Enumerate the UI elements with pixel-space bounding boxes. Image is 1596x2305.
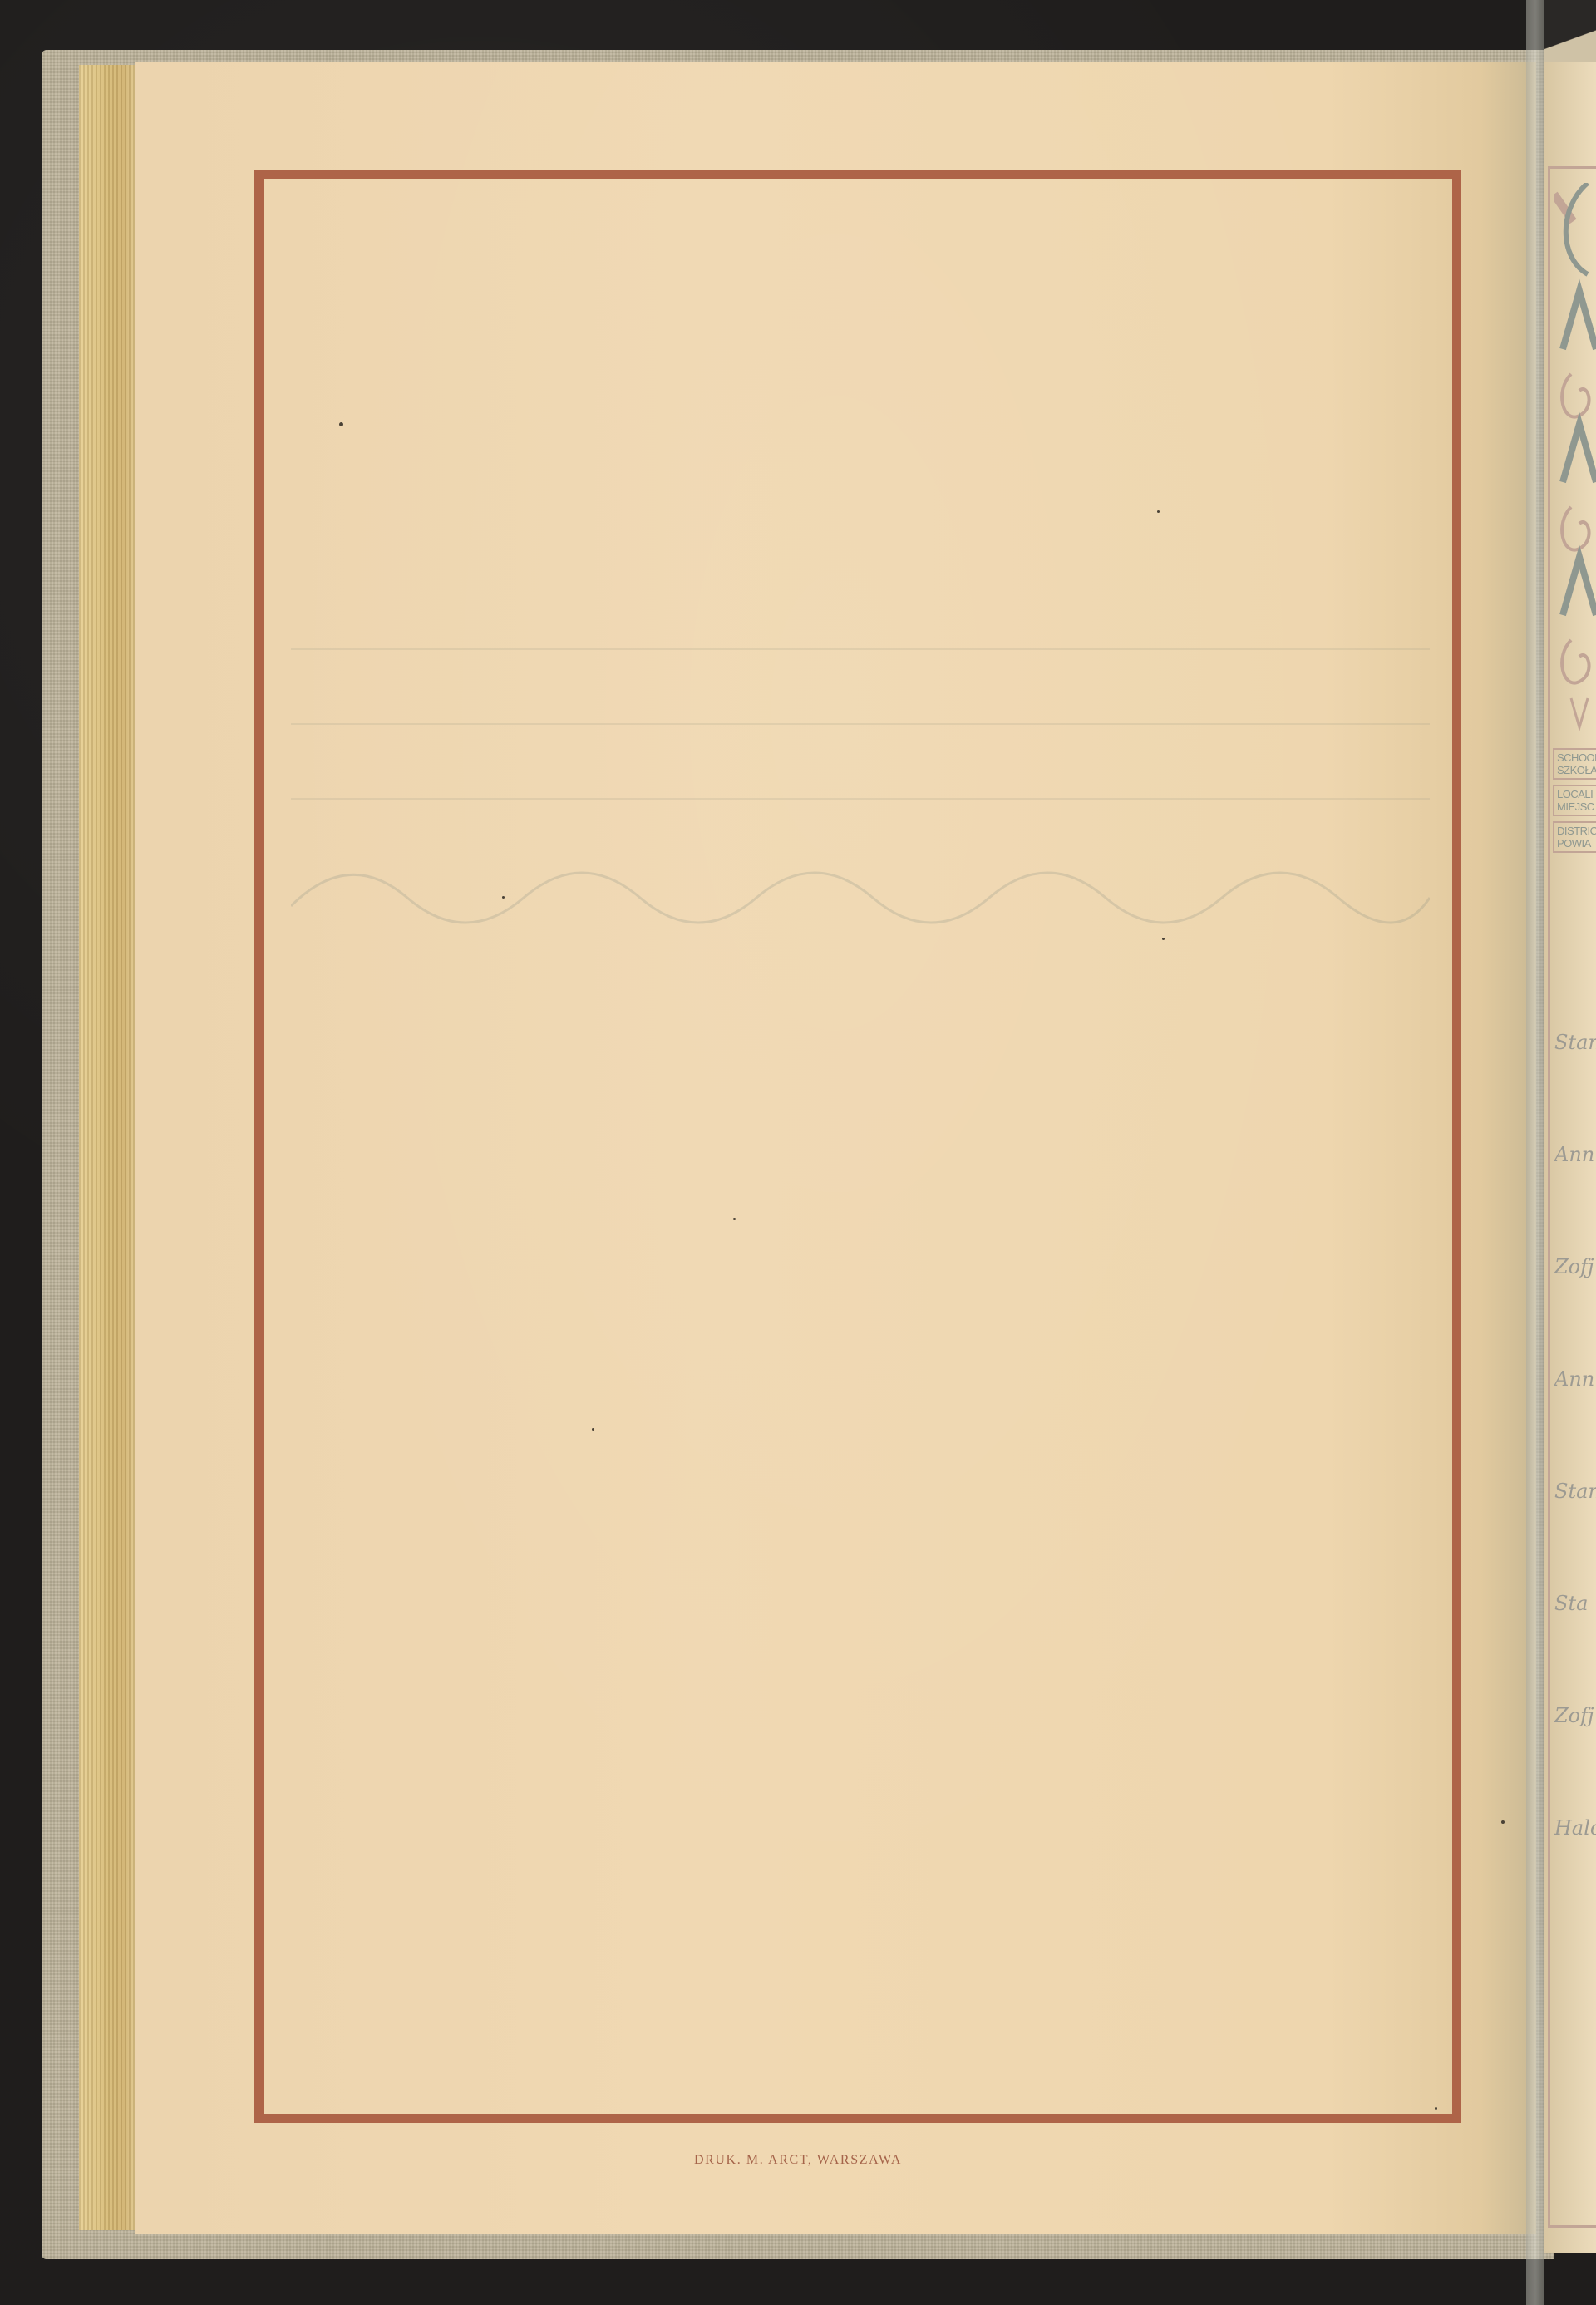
- gilt-page-edges: [79, 65, 135, 2230]
- handwritten-name: Zofj: [1554, 1704, 1596, 1816]
- label-locality: LOCALI MIEJSC: [1553, 785, 1596, 816]
- label-locality-pl: MIEJSC: [1557, 800, 1596, 813]
- label-district-en: DISTRIC: [1557, 825, 1596, 837]
- handwritten-name: Stan: [1554, 1480, 1596, 1592]
- handwritten-name: Stan: [1554, 1031, 1596, 1143]
- label-district-pl: POWIA: [1557, 837, 1596, 850]
- decorative-frame-border: [254, 170, 1461, 2123]
- glass-sheet-edge: [1526, 0, 1544, 2305]
- handwritten-name: Zofj: [1554, 1255, 1596, 1367]
- handwritten-name: Halcz: [1554, 1816, 1596, 1928]
- label-locality-en: LOCALI: [1557, 788, 1596, 800]
- label-school-en: SCHOOL: [1557, 751, 1596, 764]
- facing-ornament-icon: [1554, 183, 1596, 731]
- handwritten-names-list: Stan Ann Zofj Ann Stan Sta Zofj Halcz: [1554, 1031, 1596, 1928]
- label-district: DISTRIC POWIA: [1553, 821, 1596, 853]
- label-school: SCHOOL SZKOŁA: [1553, 748, 1596, 780]
- facing-label-boxes: SCHOOL SZKOŁA LOCALI MIEJSC DISTRIC POWI…: [1553, 748, 1596, 858]
- facing-page-shadow: [1544, 0, 1596, 62]
- printer-imprint: DRUK. M. ARCT, WARSZAWA: [0, 2153, 1596, 2168]
- handwritten-name: Ann: [1554, 1143, 1596, 1255]
- label-school-pl: SZKOŁA: [1557, 764, 1596, 776]
- handwritten-name: Sta: [1554, 1592, 1596, 1704]
- facing-page: SCHOOL SZKOŁA LOCALI MIEJSC DISTRIC POWI…: [1544, 58, 1596, 2253]
- handwritten-name: Ann: [1554, 1367, 1596, 1480]
